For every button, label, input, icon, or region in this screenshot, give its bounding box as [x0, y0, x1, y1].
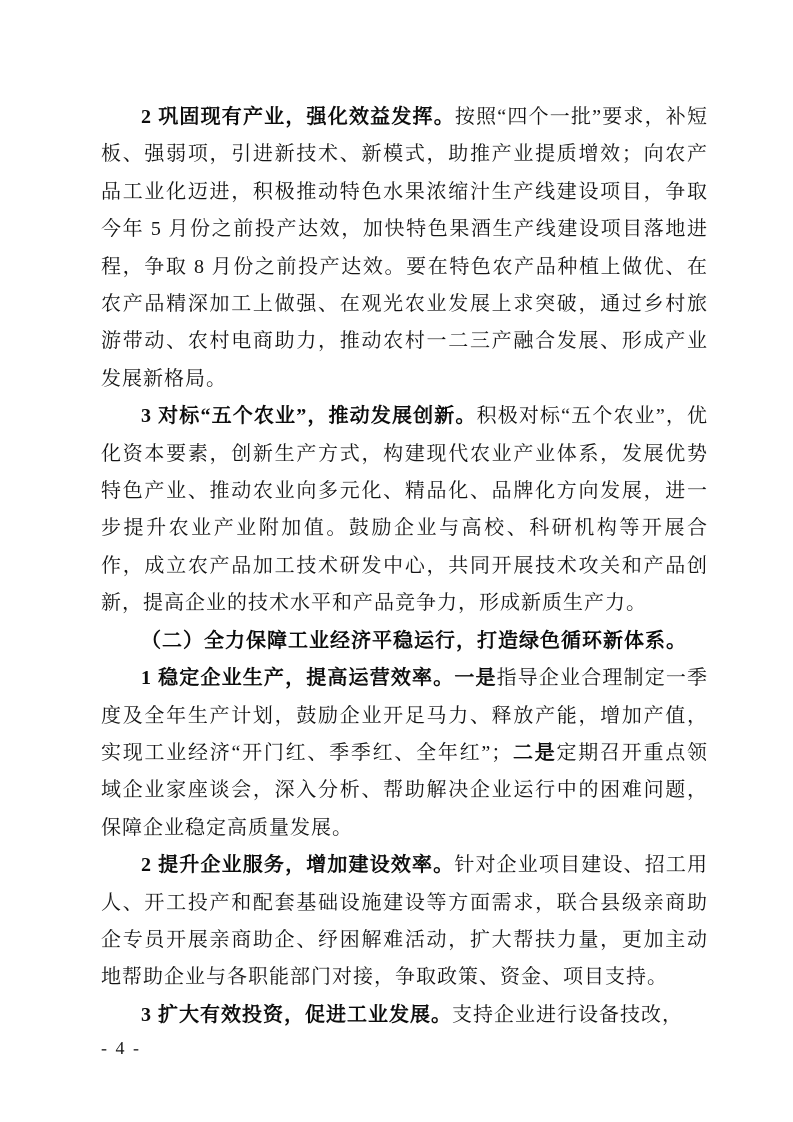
- heading-text: （二）全力保障工业经济平稳运行，打造绿色循环新体系。: [141, 630, 687, 652]
- bold-text-segment: 3 对标“五个农业”，推动发展创新。: [141, 405, 477, 427]
- text-segment: 积极对标“五个农业”，优化资本要素，创新生产方式，构建现代农业产业体系，发展优势…: [101, 405, 708, 614]
- paragraph: 3 对标“五个农业”，推动发展创新。积极对标“五个农业”，优化资本要素，创新生产…: [101, 398, 708, 622]
- bold-text-segment: 3 扩大有效投资，促进工业发展。: [141, 1004, 452, 1026]
- section-heading: （二）全力保障工业经济平稳运行，打造绿色循环新体系。: [101, 623, 708, 660]
- bold-text-segment: 2 巩固现有产业，强化效益发挥。: [141, 106, 455, 128]
- document-page: 2 巩固现有产业，强化效益发挥。按照“四个一批”要求，补短板、强弱项，引进新技术…: [0, 0, 793, 1122]
- bold-text-segment: 2 提升企业服务，增加建设效率。: [141, 854, 454, 876]
- bold-text-segment: 一是: [454, 667, 496, 689]
- paragraph: 1 稳定企业生产，提高运营效率。一是指导企业合理制定一季度及全年生产计划，鼓励企…: [101, 660, 708, 847]
- page-number: - 4 -: [101, 1036, 141, 1060]
- paragraph: 2 提升企业服务，增加建设效率。针对企业项目建设、招工用人、开工投产和配套基础设…: [101, 847, 708, 997]
- paragraph: 2 巩固现有产业，强化效益发挥。按照“四个一批”要求，补短板、强弱项，引进新技术…: [101, 99, 708, 398]
- bold-text-segment: 1 稳定企业生产，提高运营效率。: [141, 667, 454, 689]
- text-segment: 支持企业进行设备技改，: [452, 1004, 683, 1026]
- text-segment: 按照“四个一批”要求，补短板、强弱项，引进新技术、新模式，助推产业提质增效；向农…: [101, 106, 708, 390]
- bold-text-segment: 二是: [512, 742, 556, 764]
- paragraph: 3 扩大有效投资，促进工业发展。支持企业进行设备技改，: [101, 997, 708, 1034]
- document-body: 2 巩固现有产业，强化效益发挥。按照“四个一批”要求，补短板、强弱项，引进新技术…: [101, 99, 708, 1034]
